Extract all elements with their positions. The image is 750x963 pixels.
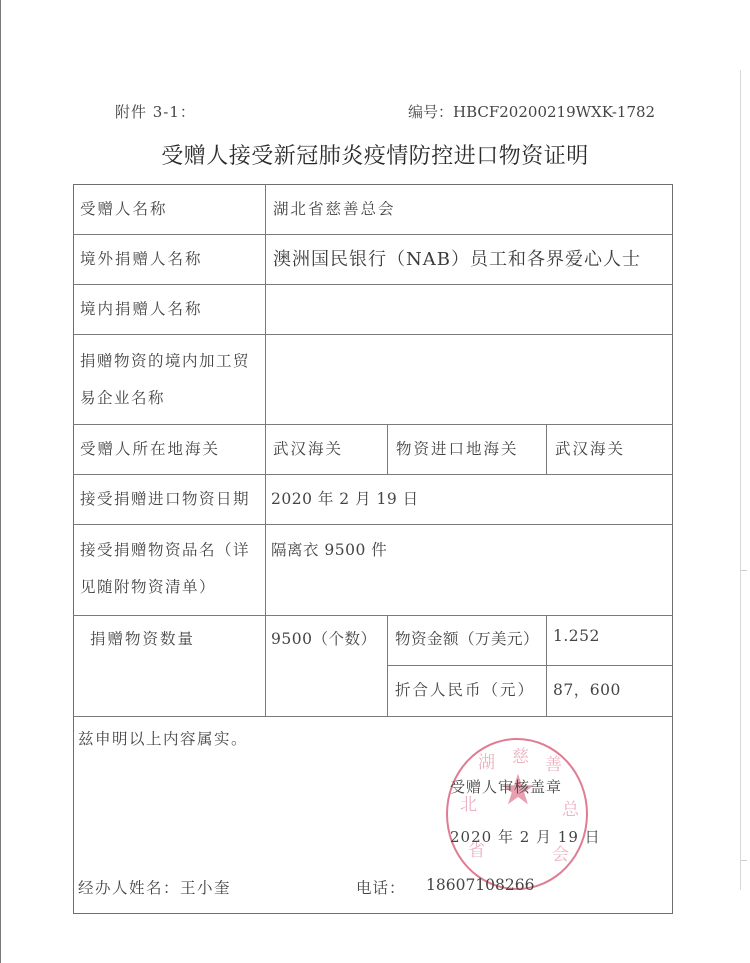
import-customs-value: 武汉海关 (555, 437, 625, 459)
column-divider (546, 615, 547, 716)
overseas-donor-value: 澳洲国民银行（NAB）员工和各界爱心人士 (273, 245, 641, 271)
phone-number: 18607108266 (426, 876, 534, 894)
row-divider (73, 615, 673, 616)
page-edge-mark (741, 860, 747, 861)
handler-name: 经办人姓名：王小奎 (78, 876, 231, 898)
attachment-label: 附件 3-1： (115, 101, 196, 122)
amount-rmb-value: 87，600 (553, 678, 621, 700)
row-divider (73, 474, 673, 475)
processing-enterprise-label-line2: 易企业名称 (80, 386, 165, 408)
overseas-donor-label: 境外捐赠人名称 (80, 247, 203, 269)
column-divider (265, 184, 266, 716)
row-divider (73, 284, 673, 285)
serial-number: 编号：HBCF20200219WXK-1782 (408, 101, 655, 122)
signature-date: 2020 年 2 月 19 日 (450, 826, 601, 847)
import-customs-label: 物资进口地海关 (396, 437, 519, 459)
goods-name-value: 隔离衣 9500 件 (271, 538, 387, 560)
amount-rmb-label: 折合人民币（元） (395, 678, 535, 700)
seal-char: 总 (562, 795, 579, 820)
row-divider (73, 334, 673, 335)
row-divider (387, 665, 673, 666)
recipient-name-label: 受赠人名称 (80, 197, 168, 219)
seal-char: 慈 (512, 742, 529, 767)
import-date-value: 2020 年 2 月 19 日 (271, 487, 419, 509)
column-divider (387, 615, 388, 716)
domestic-donor-label: 境内捐赠人名称 (80, 297, 203, 319)
goods-name-label-line1: 接受捐赠物资品名（详 (80, 538, 250, 560)
recipient-customs-label: 受赠人所在地海关 (80, 437, 220, 459)
row-divider (73, 234, 673, 235)
row-divider (73, 716, 673, 717)
recipient-customs-value: 武汉海关 (273, 437, 343, 459)
amount-usd-label: 物资金额（万美元） (395, 627, 539, 649)
quantity-value: 9500（个数） (271, 627, 376, 649)
goods-name-label-line2: 见随附物资清单） (80, 575, 216, 597)
import-date-label: 接受捐赠进口物资日期 (80, 487, 250, 509)
quantity-label: 捐赠物资数量 (90, 627, 195, 649)
processing-enterprise-label-line1: 捐赠物资的境内加工贸 (80, 349, 250, 371)
row-divider (73, 424, 673, 425)
seal-char: 善 (545, 750, 562, 775)
seal-char: 湖 (478, 748, 495, 773)
document-title: 受赠人接受新冠肺炎疫情防控进口物资证明 (0, 139, 750, 170)
phone-label: 电话： (356, 876, 406, 898)
page-edge-mark (741, 570, 747, 571)
column-divider (546, 424, 547, 474)
row-divider (73, 524, 673, 525)
signature-label: 受赠人审核盖章 (450, 776, 562, 797)
declaration-text: 兹申明以上内容属实。 (78, 727, 248, 749)
column-divider (387, 424, 388, 474)
amount-usd-value: 1.252 (553, 627, 600, 645)
recipient-name-value: 湖北省慈善总会 (273, 197, 396, 219)
page-edge-right (740, 70, 741, 890)
